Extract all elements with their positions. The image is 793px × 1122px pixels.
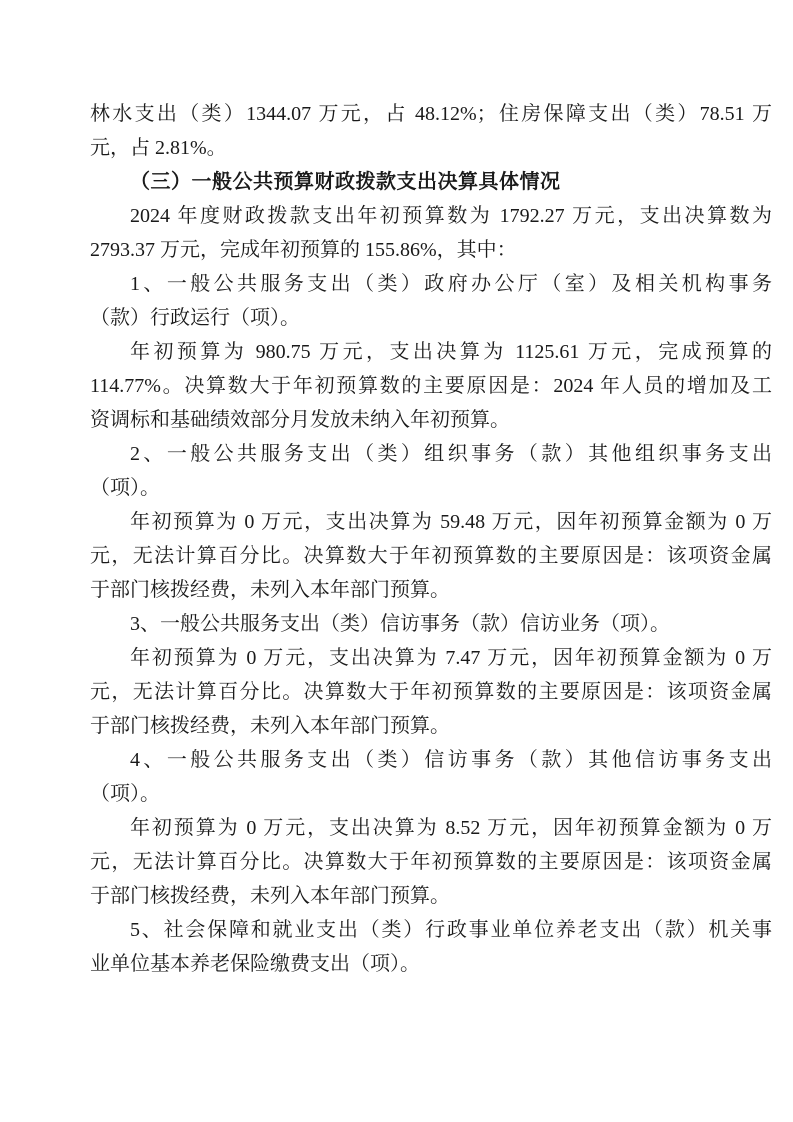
text-line: （项）。 <box>90 471 772 505</box>
paragraph-overview: 2024 年度财政拨款支出年初预算数为 1792.27 万元，支出决算数为 27… <box>90 199 772 267</box>
text-line: 5、社会保障和就业支出（类）行政事业单位养老支出（款）机关事 <box>90 913 772 947</box>
section-heading-text: （三）一般公共预算财政拨款支出决算具体情况 <box>90 165 772 199</box>
text-line: 于部门核拨经费，未列入本年部门预算。 <box>90 573 772 607</box>
paragraph-item-4-detail: 年初预算为 0 万元，支出决算为 8.52 万元，因年初预算金额为 0 万 元，… <box>90 811 772 913</box>
text-line: 2、一般公共服务支出（类）组织事务（款）其他组织事务支出 <box>90 437 772 471</box>
paragraph-item-1-detail: 年初预算为 980.75 万元，支出决算为 1125.61 万元，完成预算的 1… <box>90 335 772 437</box>
text-line: 2024 年度财政拨款支出年初预算数为 1792.27 万元，支出决算数为 <box>90 199 772 233</box>
text-line: 于部门核拨经费，未列入本年部门预算。 <box>90 879 772 913</box>
text-line: 年初预算为 0 万元，支出决算为 7.47 万元，因年初预算金额为 0 万 <box>90 641 772 675</box>
text-line: 年初预算为 0 万元，支出决算为 8.52 万元，因年初预算金额为 0 万 <box>90 811 772 845</box>
paragraph-expenditure-continuation: 林水支出（类）1344.07 万元，占 48.12%；住房保障支出（类）78.5… <box>90 97 772 165</box>
paragraph-item-3-detail: 年初预算为 0 万元，支出决算为 7.47 万元，因年初预算金额为 0 万 元，… <box>90 641 772 743</box>
text-line: 元，占 2.81%。 <box>90 131 772 165</box>
text-line: 114.77%。决算数大于年初预算数的主要原因是：2024 年人员的增加及工 <box>90 369 772 403</box>
text-line: 1、一般公共服务支出（类）政府办公厅（室）及相关机构事务 <box>90 267 772 301</box>
text-line: 业单位基本养老保险缴费支出（项）。 <box>90 947 772 981</box>
text-line: 3、一般公共服务支出（类）信访事务（款）信访业务（项）。 <box>90 607 772 641</box>
text-line: 年初预算为 980.75 万元，支出决算为 1125.61 万元，完成预算的 <box>90 335 772 369</box>
paragraph-item-1-title: 1、一般公共服务支出（类）政府办公厅（室）及相关机构事务 （款）行政运行（项）。 <box>90 267 772 335</box>
text-line: 元，无法计算百分比。决算数大于年初预算数的主要原因是：该项资金属 <box>90 675 772 709</box>
text-line: （款）行政运行（项）。 <box>90 301 772 335</box>
text-line: 于部门核拨经费，未列入本年部门预算。 <box>90 709 772 743</box>
text-line: 林水支出（类）1344.07 万元，占 48.12%；住房保障支出（类）78.5… <box>90 97 772 131</box>
document-page: 林水支出（类）1344.07 万元，占 48.12%；住房保障支出（类）78.5… <box>0 0 793 1122</box>
text-line: 元，无法计算百分比。决算数大于年初预算数的主要原因是：该项资金属 <box>90 845 772 879</box>
text-line: 元，无法计算百分比。决算数大于年初预算数的主要原因是：该项资金属 <box>90 539 772 573</box>
paragraph-item-3-title: 3、一般公共服务支出（类）信访事务（款）信访业务（项）。 <box>90 607 772 641</box>
text-line: 2793.37 万元，完成年初预算的 155.86%，其中： <box>90 233 772 267</box>
text-line: 资调标和基础绩效部分月发放未纳入年初预算。 <box>90 403 772 437</box>
section-heading: （三）一般公共预算财政拨款支出决算具体情况 <box>90 165 772 199</box>
paragraph-item-4-title: 4、一般公共服务支出（类）信访事务（款）其他信访事务支出 （项）。 <box>90 743 772 811</box>
paragraph-item-2-detail: 年初预算为 0 万元，支出决算为 59.48 万元，因年初预算金额为 0 万 元… <box>90 505 772 607</box>
paragraph-item-5-title: 5、社会保障和就业支出（类）行政事业单位养老支出（款）机关事 业单位基本养老保险… <box>90 913 772 981</box>
text-line: 4、一般公共服务支出（类）信访事务（款）其他信访事务支出 <box>90 743 772 777</box>
text-line: （项）。 <box>90 777 772 811</box>
paragraph-item-2-title: 2、一般公共服务支出（类）组织事务（款）其他组织事务支出 （项）。 <box>90 437 772 505</box>
text-line: 年初预算为 0 万元，支出决算为 59.48 万元，因年初预算金额为 0 万 <box>90 505 772 539</box>
